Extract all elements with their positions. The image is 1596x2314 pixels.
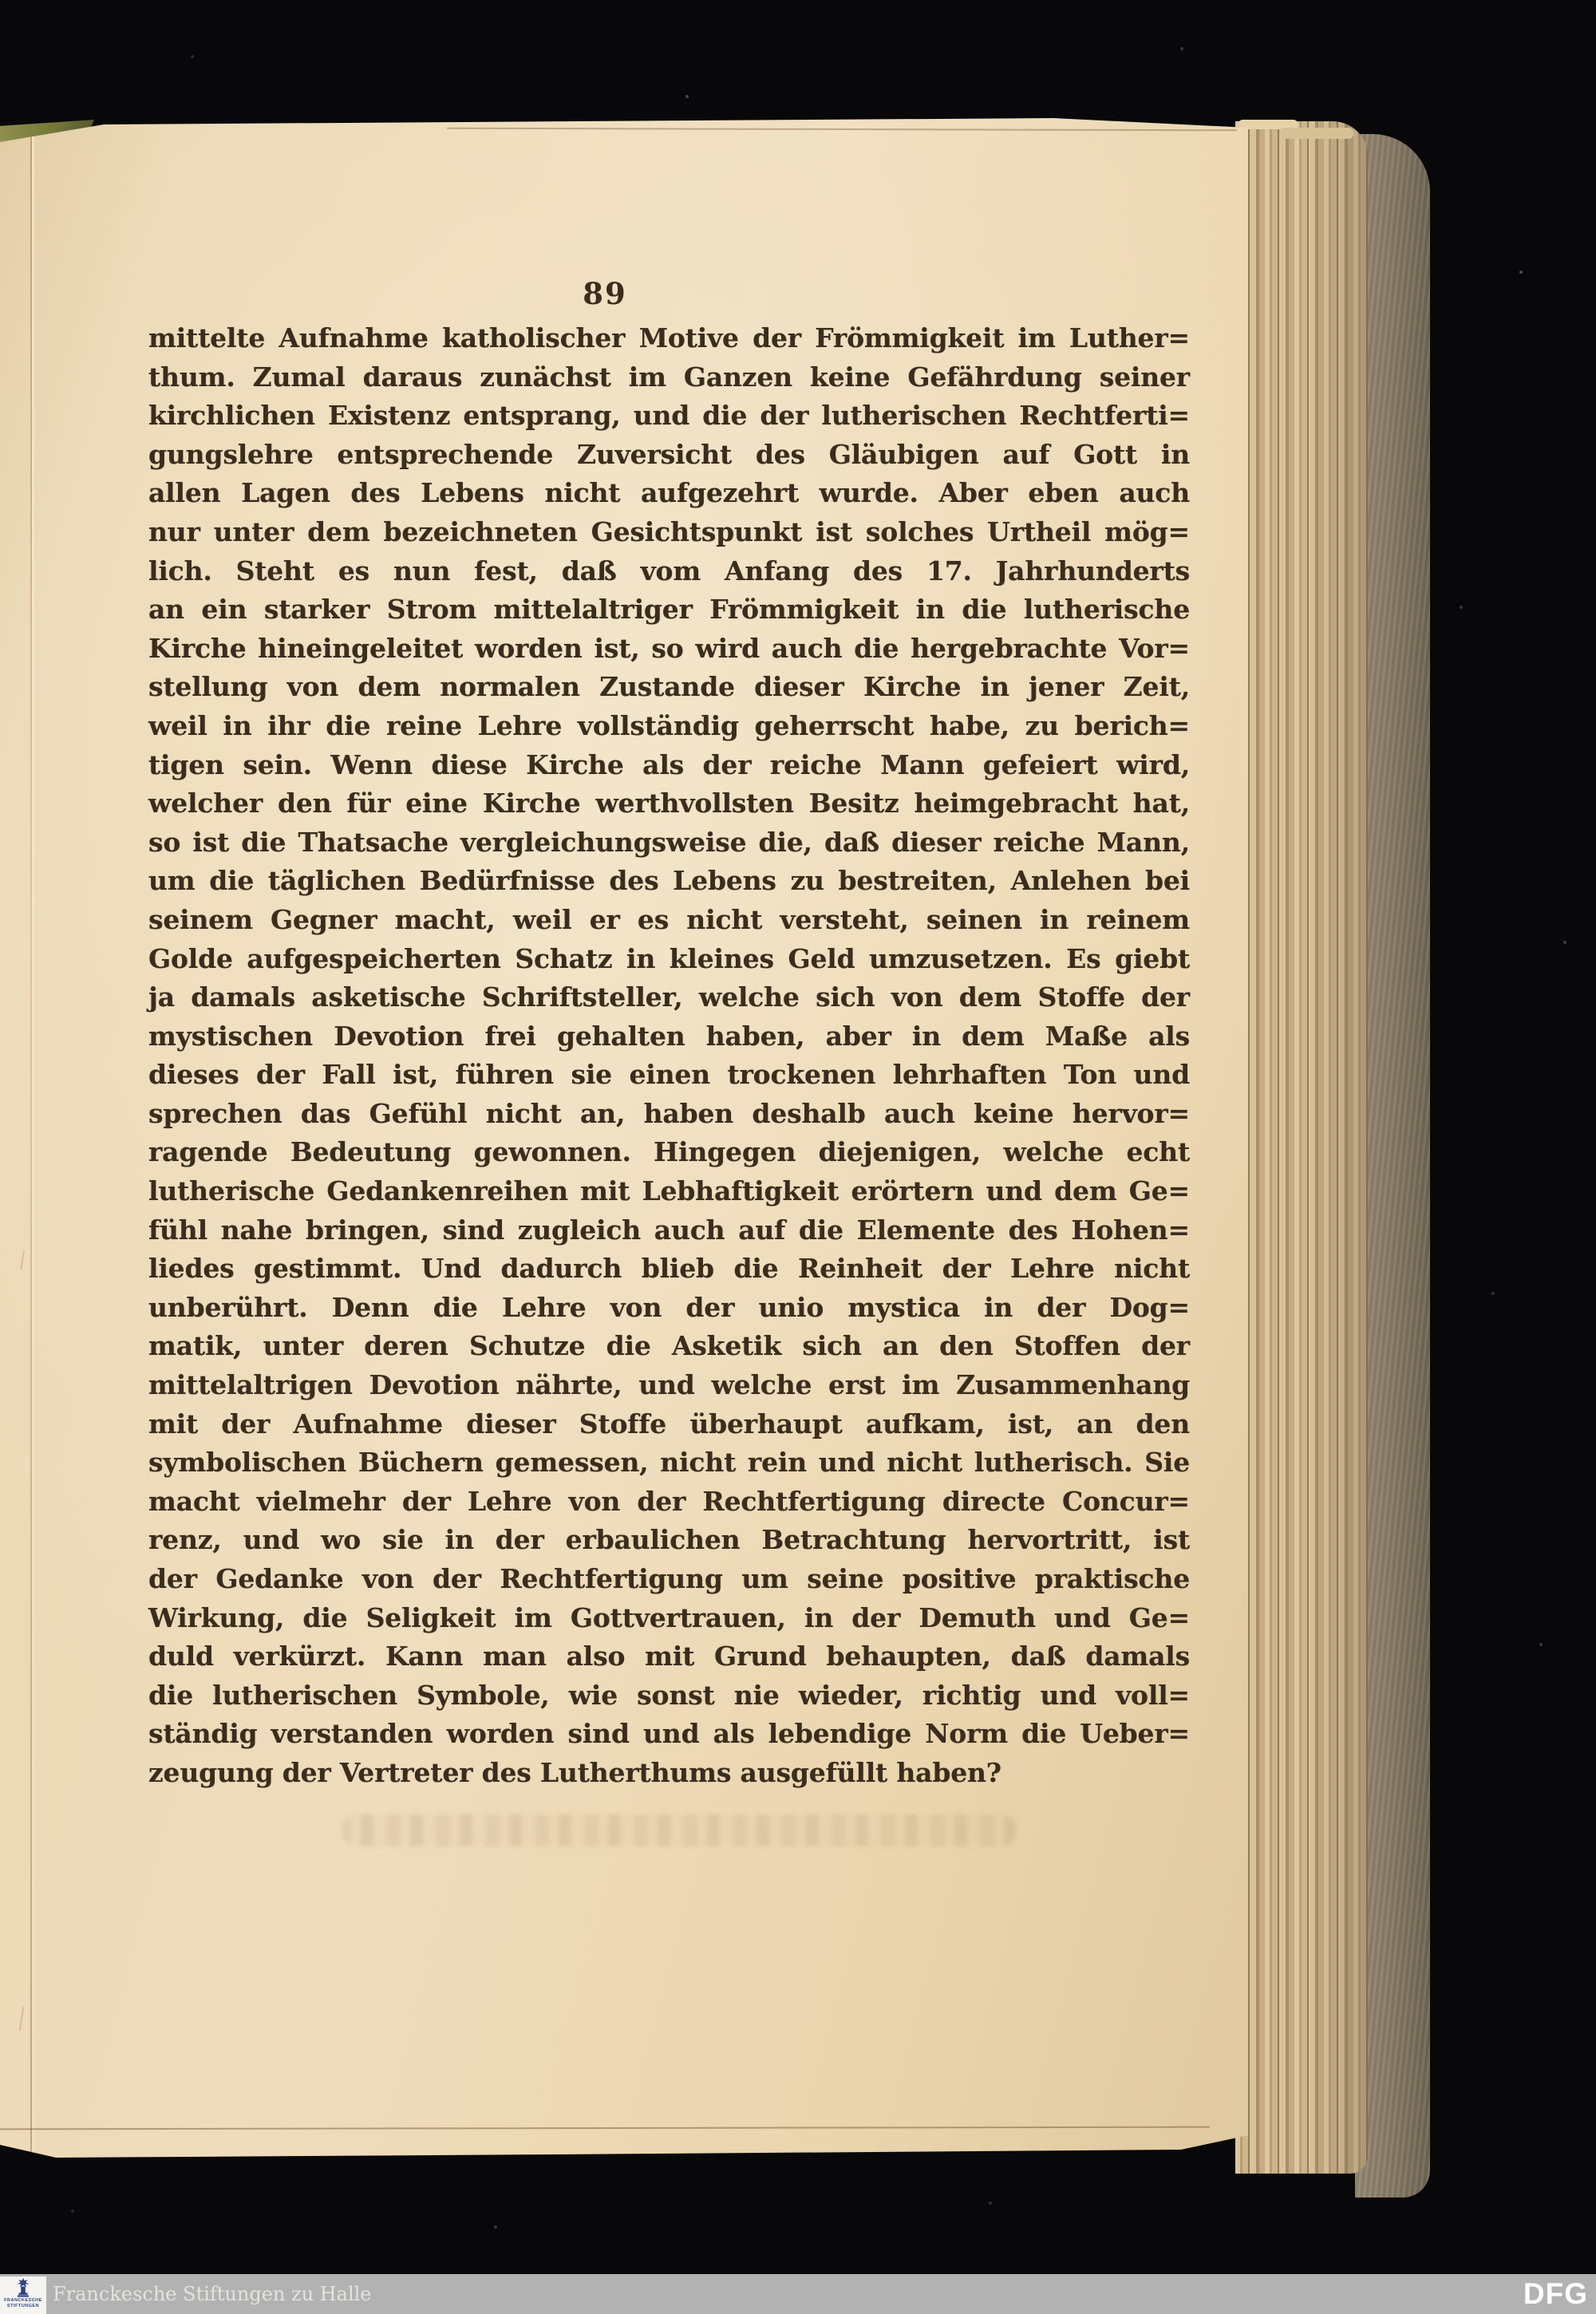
text-line: mittelaltrigen Devotion nährte, und welc…	[148, 1366, 1190, 1405]
text-line: mit der Aufnahme dieser Stoffe überhaupt…	[148, 1405, 1190, 1444]
scan-background: 89 mittelte Aufnahme katholischer Motive…	[0, 0, 1596, 2314]
text-line: weil in ihr die reine Lehre vollständig …	[148, 707, 1190, 746]
text-line: welcher den für eine Kirche werthvollste…	[148, 784, 1190, 823]
franckesche-emblem-icon	[14, 2277, 33, 2298]
text-line: lutherische Gedankenreihen mit Lebhaftig…	[148, 1172, 1190, 1211]
text-line: macht vielmehr der Lehre von der Rechtfe…	[148, 1483, 1190, 1522]
text-line: Wirkung, die Seligkeit im Gottvertrauen,…	[148, 1599, 1190, 1638]
text-line: nur unter dem bezeichneten Gesichtspunkt…	[148, 513, 1190, 552]
text-line: symbolischen Büchern gemessen, nicht rei…	[148, 1443, 1190, 1483]
franckesche-logo-caption: STIFTUNGEN	[7, 2304, 39, 2309]
text-line: liedes gestimmt. Und dadurch blieb die R…	[148, 1250, 1190, 1289]
text-line: thum. Zumal daraus zunächst im Ganzen ke…	[148, 358, 1190, 397]
text-line: mittelte Aufnahme katholischer Motive de…	[148, 319, 1190, 358]
text-line: um die täglichen Bedürfnisse des Lebens …	[148, 862, 1190, 901]
text-block: mittelte Aufnahme katholischer Motive de…	[148, 319, 1190, 1793]
text-line: so ist die Thatsache vergleichungsweise …	[148, 823, 1190, 863]
text-line: sprechen das Gefühl nicht an, haben desh…	[148, 1095, 1190, 1134]
text-line: matik, unter deren Schutze die Asketik s…	[148, 1327, 1190, 1366]
gutter-crease-highlight	[32, 129, 34, 2153]
text-line: ja damals asketische Schriftsteller, wel…	[148, 978, 1190, 1017]
dust-specks	[0, 0, 2, 2]
text-line: allen Lagen des Lebens nicht aufgezehrt …	[148, 474, 1190, 513]
underpage-edge-bottom	[0, 2126, 1210, 2130]
franckesche-logo-caption: FRANCKESCHE	[4, 2298, 42, 2304]
franckesche-logo: FRANCKESCHE STIFTUNGEN	[0, 2276, 46, 2314]
text-line: fühl nahe bringen, sind zugleich auch au…	[148, 1211, 1190, 1250]
text-line: duld verkürzt. Kann man also mit Grund b…	[148, 1637, 1190, 1676]
text-line: ständig verstanden worden sind und als l…	[148, 1715, 1190, 1754]
show-through-smudge	[342, 1814, 1017, 1846]
text-line: Kirche hineingeleitet worden ist, so wir…	[148, 630, 1190, 669]
text-line: mystischen Devotion frei gehalten haben,…	[148, 1017, 1190, 1056]
text-line: kirchlichen Existenz entsprang, und die …	[148, 397, 1190, 436]
text-line: dieses der Fall ist, führen sie einen tr…	[148, 1056, 1190, 1095]
text-line: Golde aufgespeicherten Schatz in kleines…	[148, 940, 1190, 979]
text-line: zeugung der Vertreter des Lutherthums au…	[148, 1754, 1190, 1793]
page-number: 89	[0, 276, 1210, 311]
underpage-edge-top	[447, 128, 1237, 132]
text-line: ragende Bedeutung gewonnen. Hingegen die…	[148, 1133, 1190, 1172]
text-line: lich. Steht es nun fest, daß vom Anfang …	[148, 552, 1190, 591]
book-fore-edge-pages	[1235, 121, 1368, 2174]
dfg-logo: DFG	[1523, 2274, 1588, 2314]
text-line: gungslehre entsprechende Zuversicht des …	[148, 436, 1190, 475]
text-line: der Gedanke von der Rechtfertigung um se…	[148, 1560, 1190, 1599]
text-line: unberührt. Denn die Lehre von der unio m…	[148, 1289, 1190, 1328]
book-page: 89 mittelte Aufnahme katholischer Motive…	[0, 118, 1248, 2161]
text-line: die lutherischen Symbole, wie sonst nie …	[148, 1676, 1190, 1716]
text-line: an ein starker Strom mittelaltriger Fröm…	[148, 590, 1190, 630]
institution-label: Franckesche Stiftungen zu Halle	[53, 2274, 372, 2314]
text-line: renz, und wo sie in der erbaulichen Betr…	[148, 1521, 1190, 1560]
text-line: tigen sein. Wenn diese Kirche als der re…	[148, 746, 1190, 785]
text-line: seinem Gegner macht, weil er es nicht ve…	[148, 901, 1190, 940]
text-line: stellung von dem normalen Zustande diese…	[148, 668, 1190, 707]
page-edge-step	[1280, 128, 1353, 139]
viewer-footer-bar: FRANCKESCHE STIFTUNGEN Franckesche Stift…	[0, 2274, 1596, 2314]
